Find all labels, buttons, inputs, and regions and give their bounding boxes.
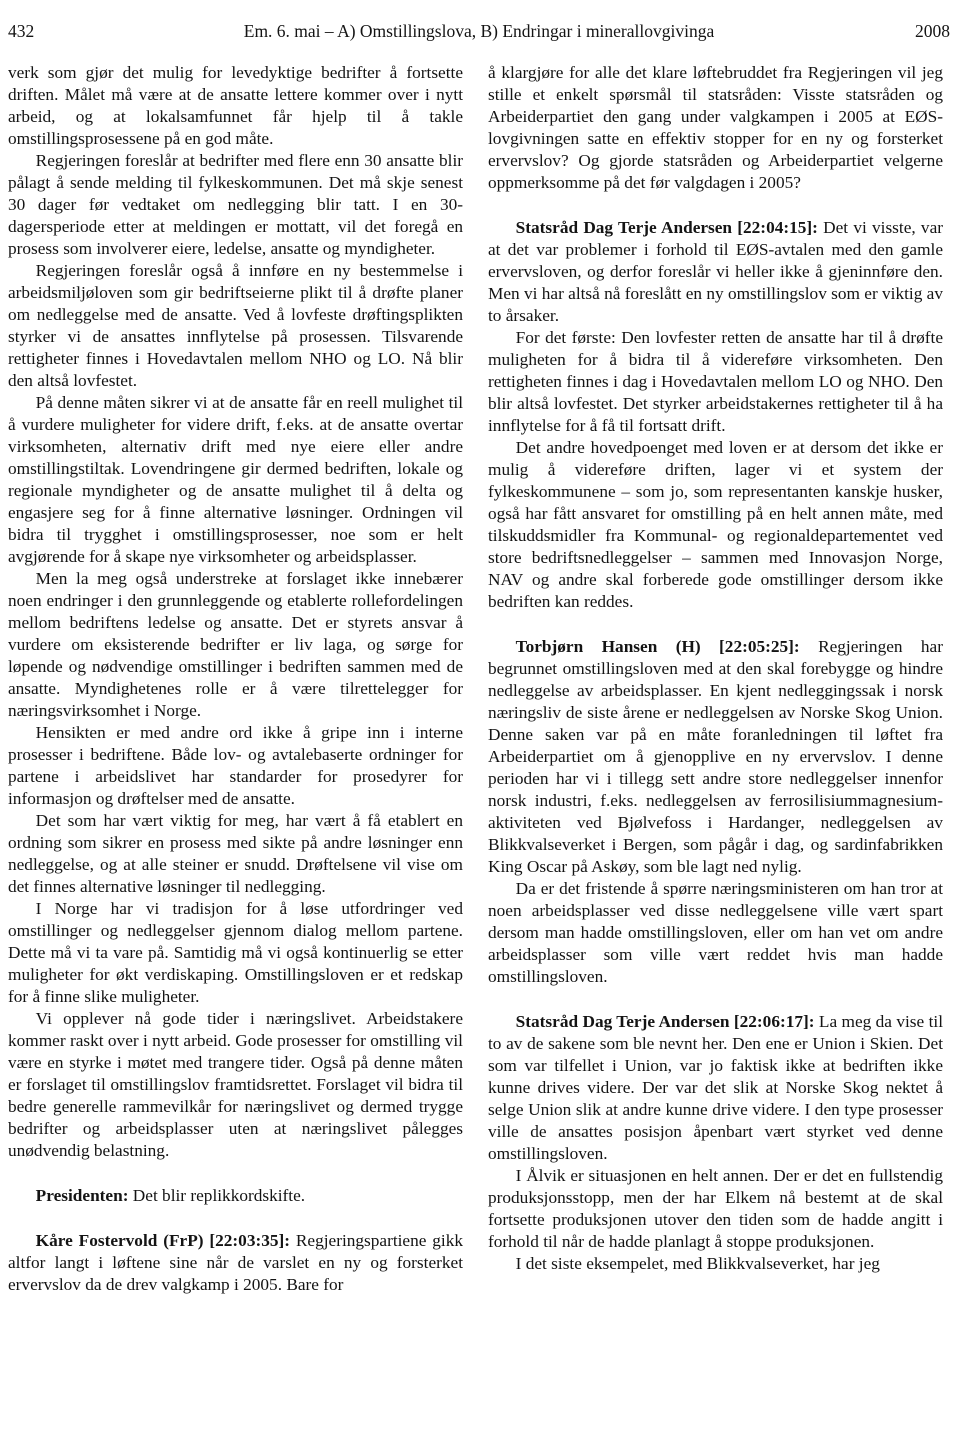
year-label: 2008 (820, 20, 950, 42)
paragraph: I Ålvik er situasjonen en helt annen. De… (488, 1165, 943, 1253)
document-page: 432 Em. 6. mai – A) Omstillingslova, B) … (0, 0, 960, 1430)
paragraph: å klargjøre for alle det klare løftebrud… (488, 62, 943, 194)
paragraph: Men la meg også understreke at forslaget… (8, 568, 463, 722)
paragraph: Regjeringen foreslår at bedrifter med fl… (8, 150, 463, 260)
right-column: å klargjøre for alle det klare løftebrud… (488, 62, 943, 1296)
paragraph: Regjeringen foreslår også å innføre en n… (8, 260, 463, 392)
text-columns: verk som gjør det mulig for levedyktige … (8, 62, 950, 1296)
speech-paragraph: Kåre Fostervold (FrP) [22:03:35]: Regjer… (8, 1230, 463, 1296)
paragraph: I Norge har vi tradisjon for å løse utfo… (8, 898, 463, 1008)
speaker-label: Torbjørn Hansen (H) [22:05:25]: (516, 637, 800, 656)
speaker-label: Presidenten: (36, 1186, 129, 1205)
paragraph: På denne måten sikrer vi at de ansatte f… (8, 392, 463, 568)
speech-paragraph: Presidenten: Det blir replikkordskifte. (8, 1185, 463, 1207)
page-header: 432 Em. 6. mai – A) Omstillingslova, B) … (8, 20, 950, 42)
running-title: Em. 6. mai – A) Omstillingslova, B) Endr… (138, 20, 820, 42)
paragraph: Hensikten er med andre ord ikke å gripe … (8, 722, 463, 810)
speech-paragraph: Statsråd Dag Terje Andersen [22:04:15]: … (488, 217, 943, 327)
page-number: 432 (8, 20, 138, 42)
speech-paragraph: Statsråd Dag Terje Andersen [22:06:17]: … (488, 1011, 943, 1165)
paragraph: Vi opplever nå gode tider i næringslivet… (8, 1008, 463, 1162)
speech-paragraph: Torbjørn Hansen (H) [22:05:25]: Regjerin… (488, 636, 943, 878)
paragraph: Det som har vært viktig for meg, har vær… (8, 810, 463, 898)
speaker-label: Statsråd Dag Terje Andersen [22:06:17]: (516, 1012, 815, 1031)
paragraph: verk som gjør det mulig for levedyktige … (8, 62, 463, 150)
paragraph: I det siste eksempelet, med Blikkvalseve… (488, 1253, 943, 1275)
left-column: verk som gjør det mulig for levedyktige … (8, 62, 463, 1296)
paragraph: For det første: Den lovfester retten de … (488, 327, 943, 437)
speaker-label: Statsråd Dag Terje Andersen [22:04:15]: (516, 218, 818, 237)
speaker-label: Kåre Fostervold (FrP) [22:03:35]: (36, 1231, 290, 1250)
paragraph: Da er det fristende å spørre næringsmini… (488, 878, 943, 988)
paragraph: Det andre hovedpoenget med loven er at d… (488, 437, 943, 613)
